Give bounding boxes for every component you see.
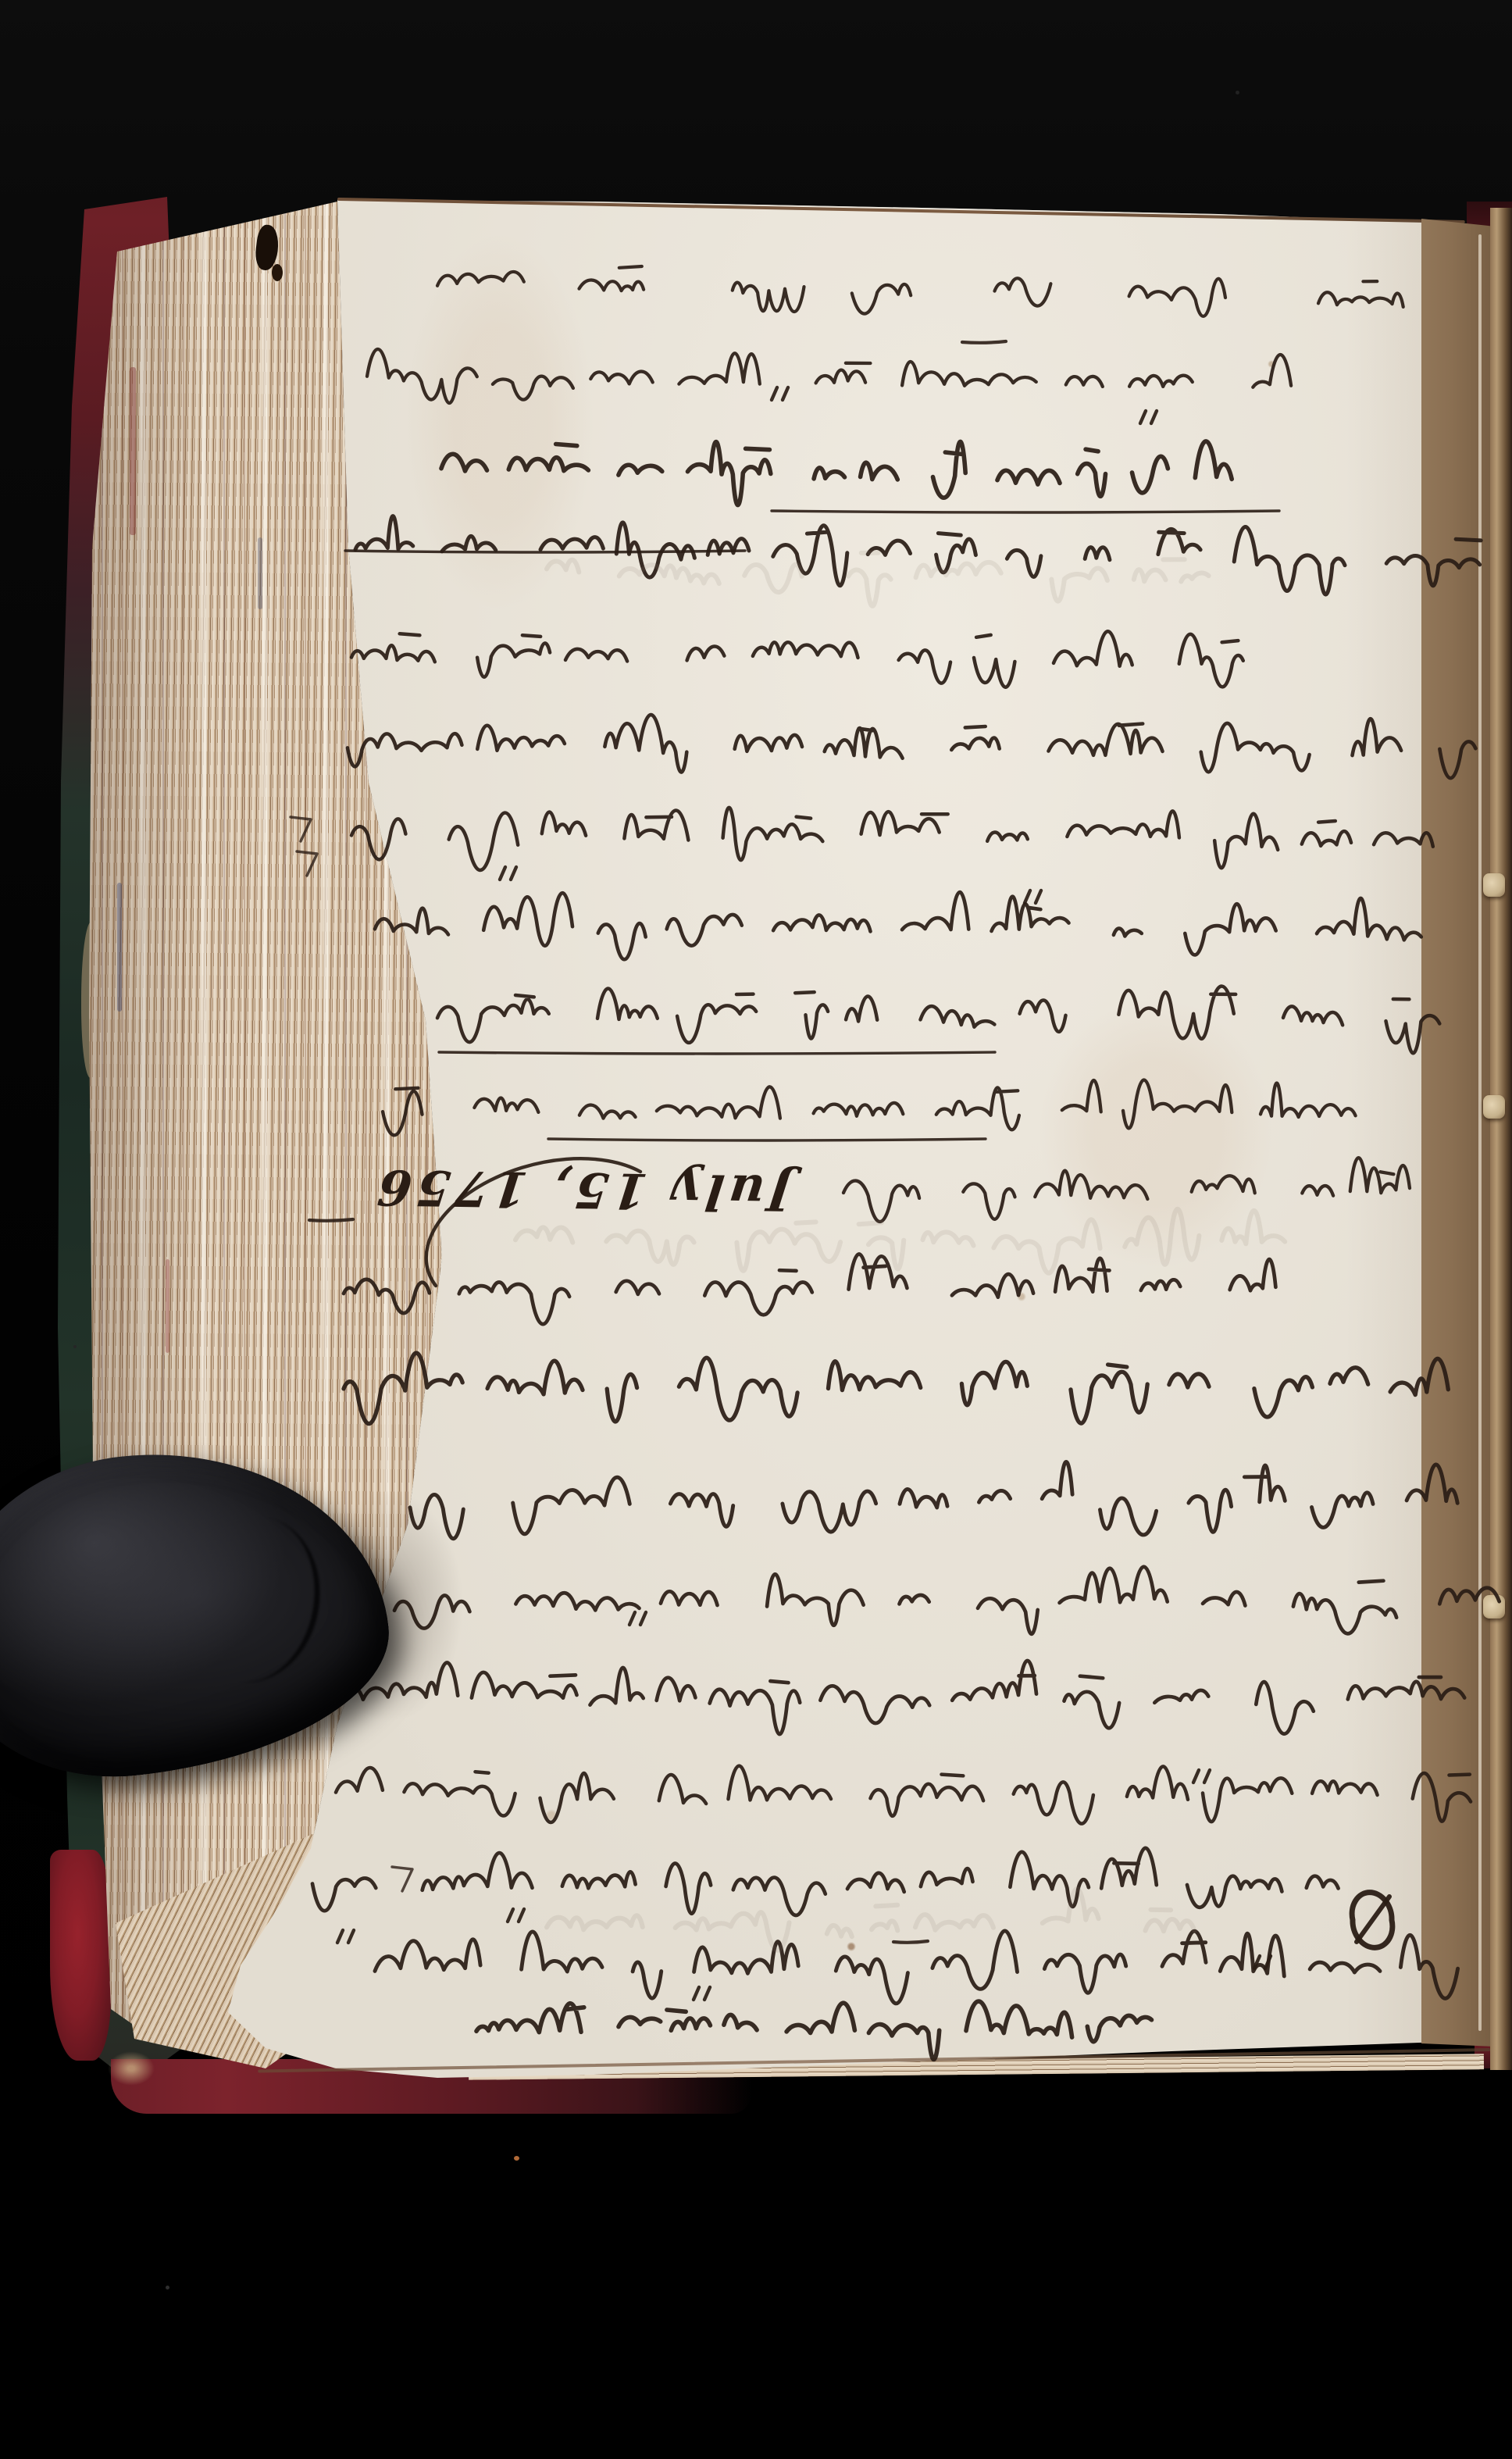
glove-crease	[169, 1505, 333, 1693]
photo-of-open-diary: July 15, 1756	[0, 0, 1512, 2459]
dust-speck	[166, 2286, 169, 2289]
dust-speck	[514, 2156, 519, 2161]
dust-speck	[1236, 91, 1239, 95]
dust-speck	[73, 1345, 77, 1348]
diary-date: July 15, 1756	[329, 1139, 837, 1243]
